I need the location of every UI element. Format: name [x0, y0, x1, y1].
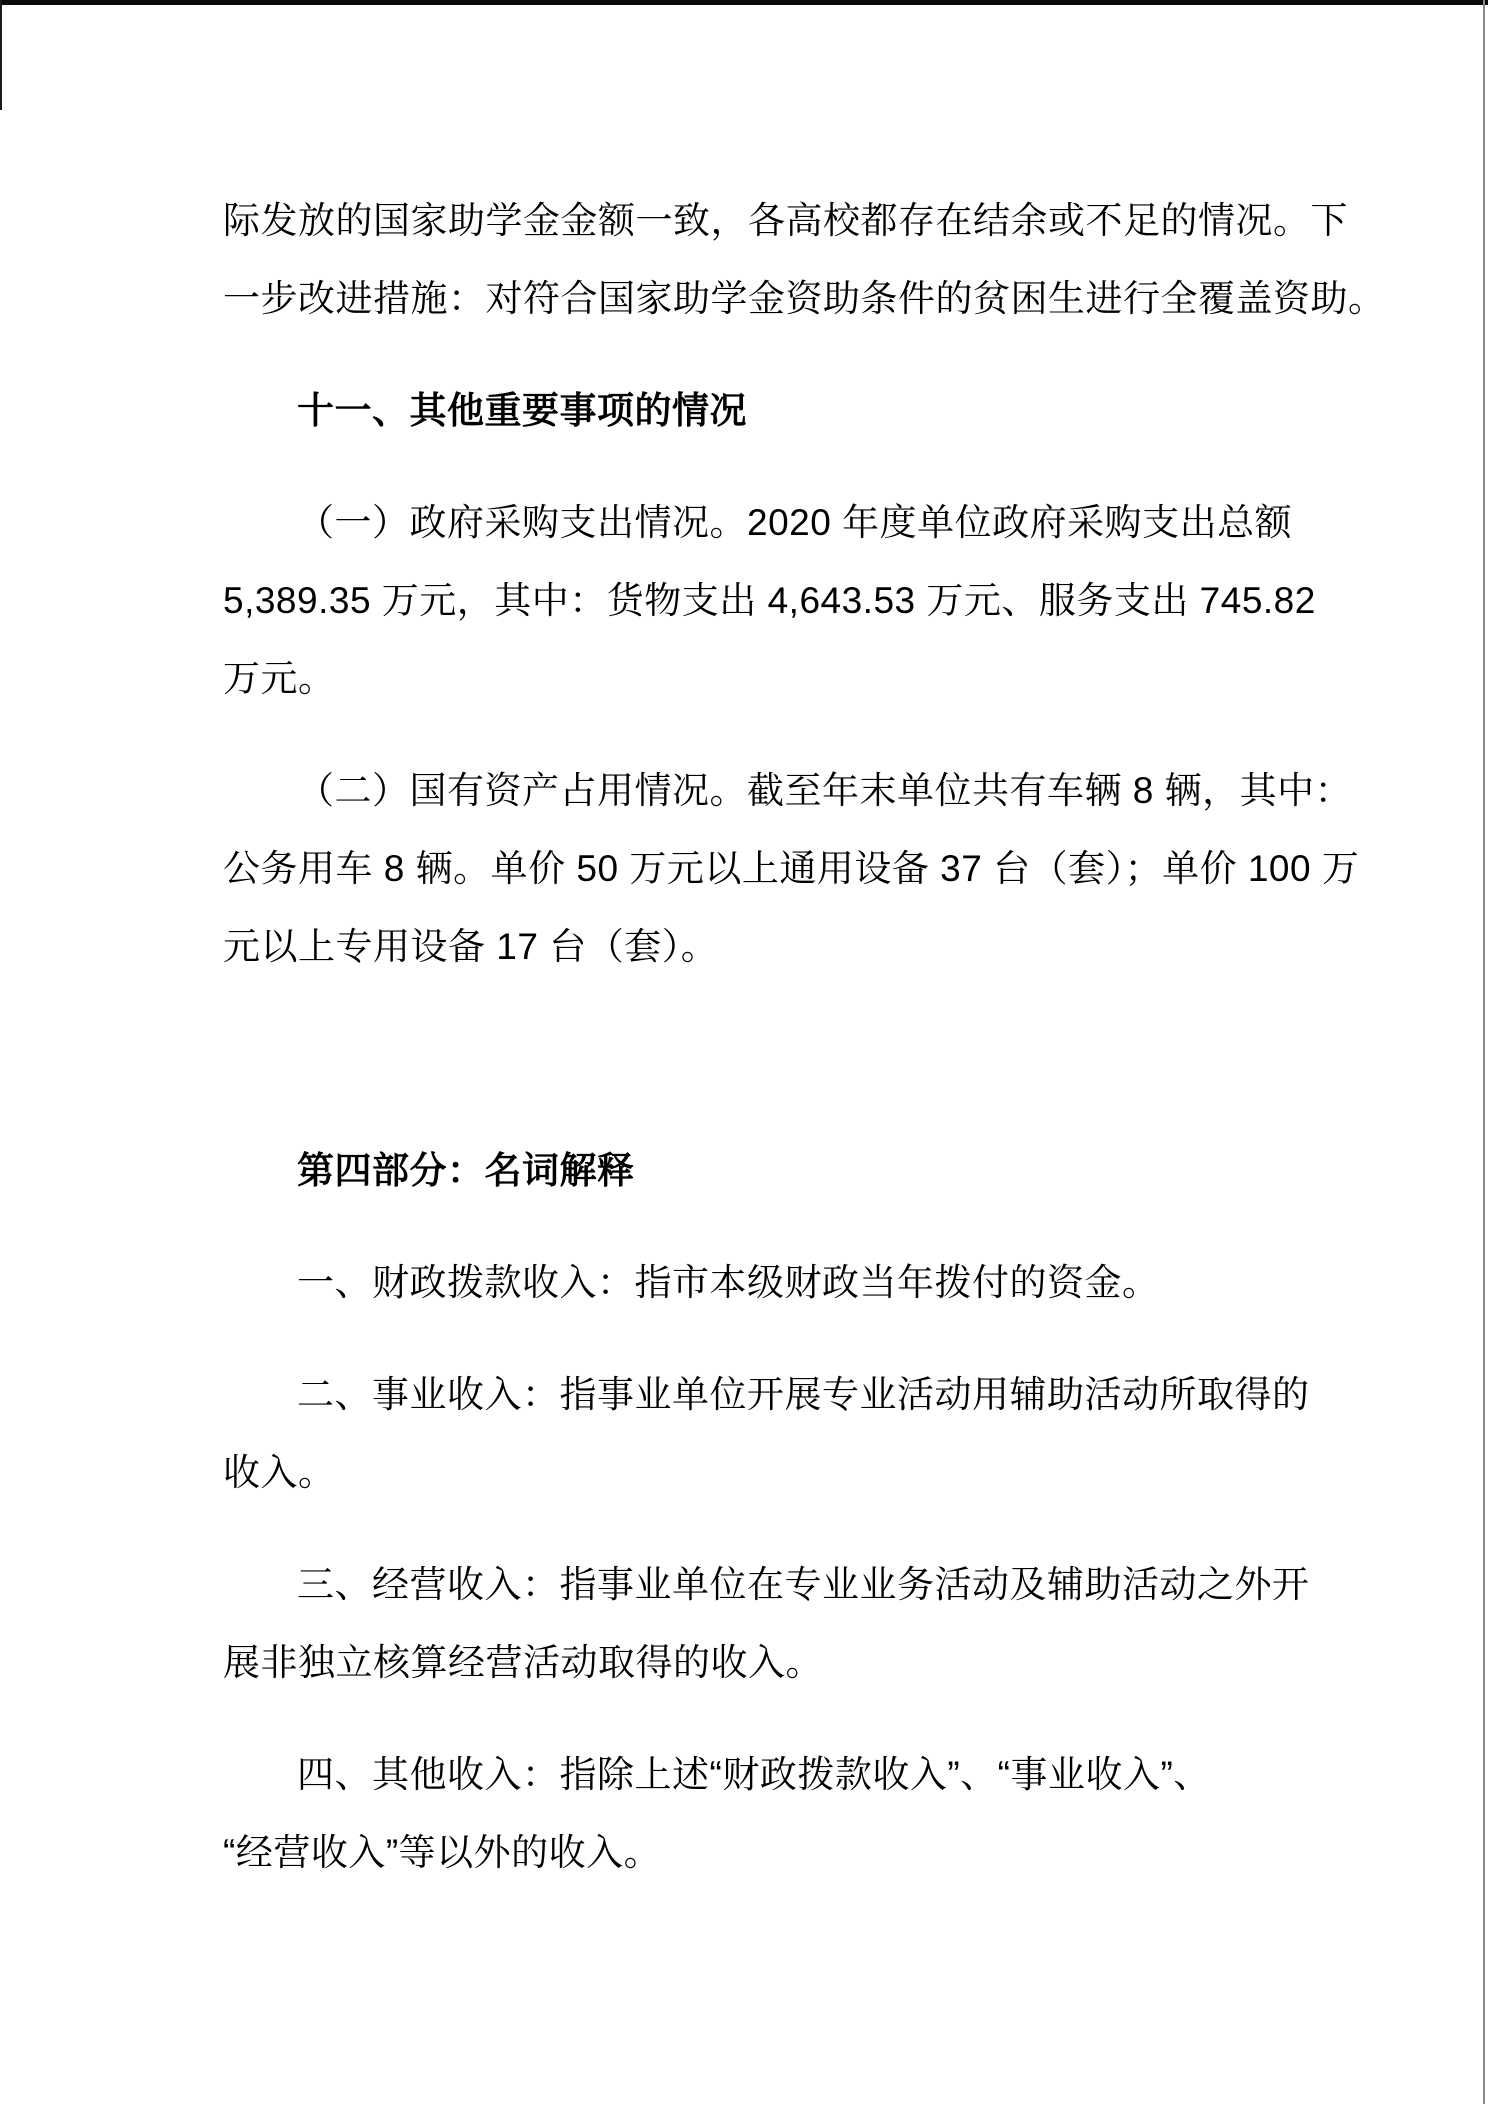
section-heading-part-four: 第四部分：名词解释	[223, 1132, 1318, 1210]
text-line: 际发放的国家助学金金额一致，各高校都存在结余或不足的情况。下	[223, 182, 1318, 260]
text-line: 5,389.35 万元，其中：货物支出 4,643.53 万元、服务支出 745…	[223, 562, 1318, 640]
text-line: （二）国有资产占用情况。截至年末单位共有车辆 8 辆，其中：	[223, 752, 1318, 830]
screenshot-left-edge	[0, 0, 2, 110]
text-line: 二、事业收入：指事业单位开展专业活动用辅助活动所取得的	[223, 1356, 1318, 1434]
document-page: 际发放的国家助学金金额一致，各高校都存在结余或不足的情况。下 一步改进措施：对符…	[223, 182, 1318, 1926]
heading-text: 第四部分：名词解释	[223, 1132, 1318, 1210]
text-line: 元以上专用设备 17 台（套）。	[223, 908, 1318, 986]
text-line: 三、经营收入：指事业单位在专业业务活动及辅助活动之外开	[223, 1546, 1318, 1624]
text-line: 万元。	[223, 640, 1318, 718]
paragraph-term-two: 二、事业收入：指事业单位开展专业活动用辅助活动所取得的 收入。	[223, 1356, 1318, 1512]
text-line: 一、财政拨款收入：指市本级财政当年拨付的资金。	[223, 1244, 1318, 1322]
text-line: （一）政府采购支出情况。2020 年度单位政府采购支出总额	[223, 484, 1318, 562]
screenshot-right-edge	[1483, 0, 1485, 2104]
paragraph-term-four: 四、其他收入：指除上述“财政拨款收入”、“事业收入”、 “经营收入”等以外的收入…	[223, 1736, 1318, 1892]
text-line: 公务用车 8 辆。单价 50 万元以上通用设备 37 台（套）；单价 100 万	[223, 830, 1318, 908]
document-viewer: { "page": { "background": "#ffffff", "te…	[0, 0, 1488, 2104]
text-line: 收入。	[223, 1434, 1318, 1512]
heading-text: 十一、其他重要事项的情况	[223, 372, 1318, 450]
paragraph-state-assets: （二）国有资产占用情况。截至年末单位共有车辆 8 辆，其中： 公务用车 8 辆。…	[223, 752, 1318, 986]
text-line: 四、其他收入：指除上述“财政拨款收入”、“事业收入”、	[223, 1736, 1318, 1814]
text-line: 展非独立核算经营活动取得的收入。	[223, 1624, 1318, 1702]
paragraph-continuation: 际发放的国家助学金金额一致，各高校都存在结余或不足的情况。下 一步改进措施：对符…	[223, 182, 1318, 338]
section-heading-eleven: 十一、其他重要事项的情况	[223, 372, 1318, 450]
screenshot-top-edge	[0, 0, 1488, 5]
text-line: “经营收入”等以外的收入。	[223, 1814, 1318, 1892]
paragraph-procurement: （一）政府采购支出情况。2020 年度单位政府采购支出总额 5,389.35 万…	[223, 484, 1318, 718]
paragraph-term-one: 一、财政拨款收入：指市本级财政当年拨付的资金。	[223, 1244, 1318, 1322]
paragraph-term-three: 三、经营收入：指事业单位在专业业务活动及辅助活动之外开 展非独立核算经营活动取得…	[223, 1546, 1318, 1702]
blank-line	[223, 1020, 1318, 1132]
text-line: 一步改进措施：对符合国家助学金资助条件的贫困生进行全覆盖资助。	[223, 260, 1318, 338]
